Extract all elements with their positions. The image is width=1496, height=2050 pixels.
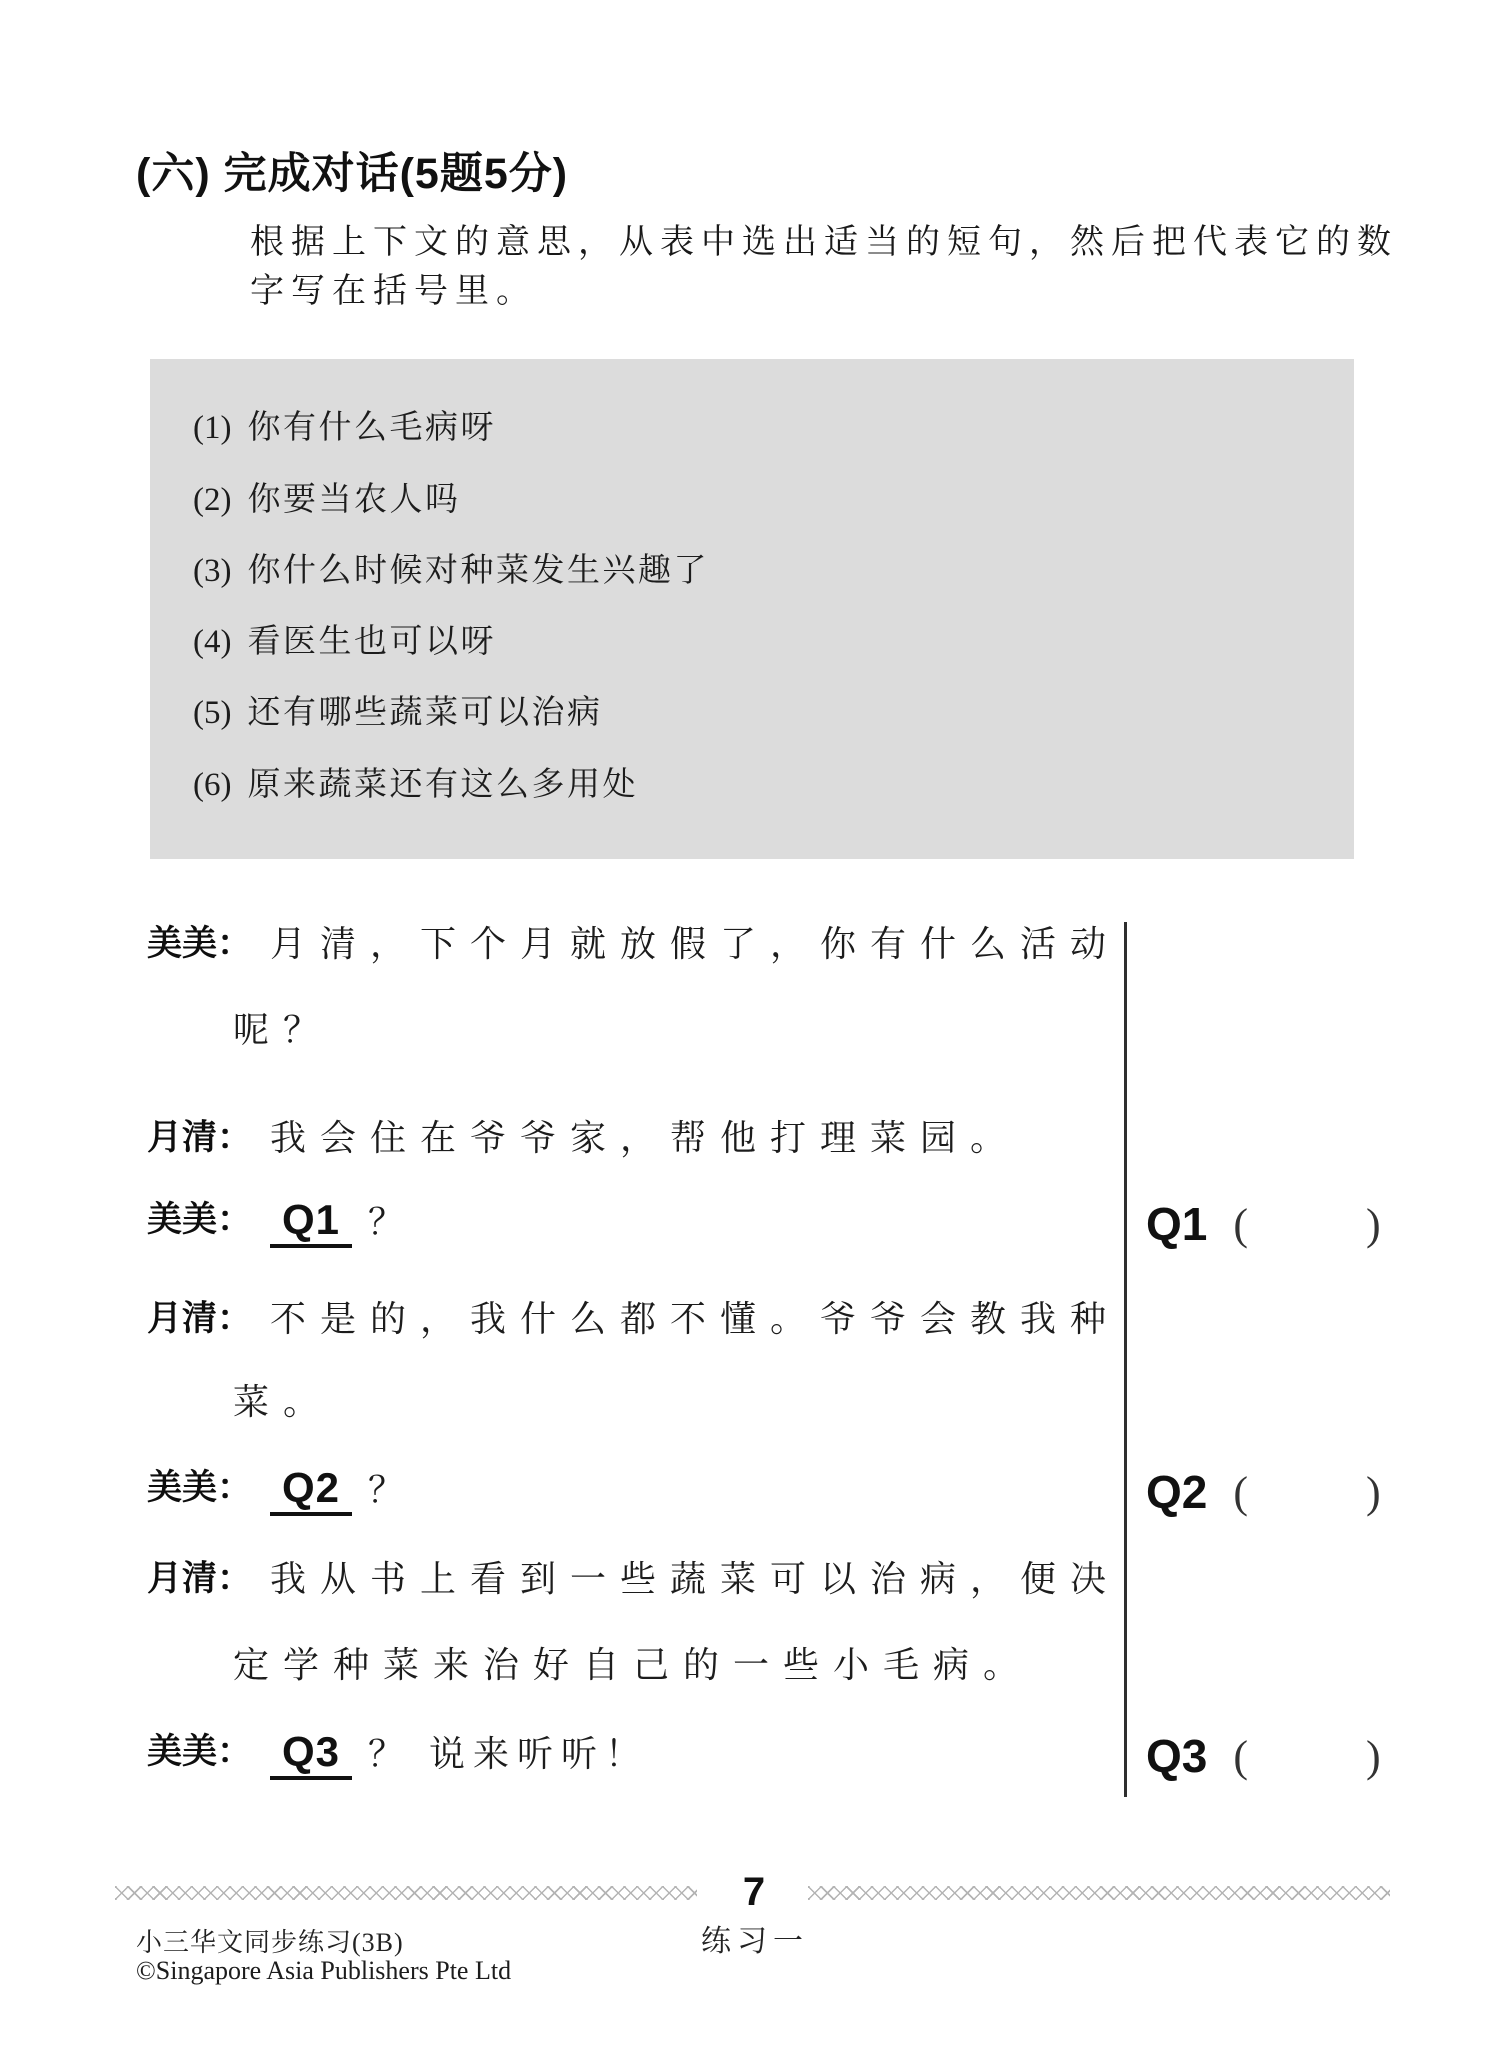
dialogue-row: 月清： 不是的，我什么都不懂。爷爷会教我种 [147, 1297, 1120, 1341]
page-number: 7 [698, 1870, 810, 1915]
speaker-label: 月清： [147, 1116, 252, 1160]
paren-close: ) [1366, 1198, 1381, 1252]
dialogue-row: 月清： 我会住在爷爷家，帮他打理菜园。 [147, 1116, 1020, 1160]
option-text: 还有哪些蔬菜可以治病 [247, 693, 602, 733]
option-text: 你要当农人吗 [247, 480, 460, 520]
copyright-line: ©Singapore Asia Publishers Pte Ltd [136, 1956, 511, 1986]
answer-blank-q2: Q2 [270, 1466, 352, 1516]
dialogue-text: 不是的，我什么都不懂。爷爷会教我种 [270, 1297, 1120, 1341]
blank-after-text: ？ [368, 1198, 412, 1246]
dialogue-row-q1: 美美： Q1 ？ [147, 1198, 412, 1248]
paren-close: ) [1366, 1730, 1381, 1784]
section-title: (六) 完成对话(5题5分) [136, 140, 568, 201]
dialogue-row-continuation: 定学种菜来治好自己的一些小毛病。 [233, 1643, 1033, 1687]
option-1: (1) 你有什么毛病呀 [193, 408, 496, 448]
answer-label: Q2 [1146, 1466, 1207, 1518]
option-number: (3) [193, 551, 231, 591]
option-text: 原来蔬菜还有这么多用处 [247, 765, 638, 805]
dialogue-row-continuation: 呢？ [233, 1008, 333, 1052]
answer-slot-q2: Q2 ( ) [1146, 1466, 1381, 1520]
option-2: (2) 你要当农人吗 [193, 480, 460, 520]
worksheet-page: (六) 完成对话(5题5分) 根据上下文的意思，从表中选出适当的短句，然后把代表… [0, 0, 1496, 2050]
option-number: (5) [193, 693, 231, 733]
dialogue-text: 我会住在爷爷家，帮他打理菜园。 [270, 1116, 1020, 1160]
blank-after-text: ？ [368, 1466, 412, 1514]
book-title: 小三华文同步练习(3B) [136, 1922, 404, 1959]
paren-close: ) [1366, 1466, 1381, 1520]
answer-label: Q1 [1146, 1198, 1207, 1250]
option-text: 看医生也可以呀 [247, 622, 496, 662]
dialogue-row-q3: 美美： Q3 ？ 说来听听！ [147, 1730, 649, 1780]
speaker-label: 月清： [147, 1297, 252, 1341]
answer-slot-q1: Q1 ( ) [1146, 1198, 1381, 1252]
option-5: (5) 还有哪些蔬菜可以治病 [193, 693, 602, 733]
dialogue-row: 美美： 月清，下个月就放假了，你有什么活动 [147, 922, 1120, 966]
dialogue-row-q2: 美美： Q2 ？ [147, 1466, 412, 1516]
dialogue-text: 月清，下个月就放假了，你有什么活动 [270, 922, 1120, 966]
answer-label: Q3 [1146, 1730, 1207, 1782]
speaker-label: 美美： [147, 1730, 252, 1774]
option-6: (6) 原来蔬菜还有这么多用处 [193, 765, 638, 805]
divider-line [1124, 922, 1127, 1797]
dialogue-row: 月清： 我从书上看到一些蔬菜可以治病，便决 [147, 1557, 1120, 1601]
dialogue-text: 菜。 [233, 1380, 333, 1424]
speaker-label: 月清： [147, 1557, 252, 1601]
speaker-label: 美美： [147, 1466, 252, 1510]
option-text: 你什么时候对种菜发生兴趣了 [247, 551, 709, 591]
option-text: 你有什么毛病呀 [247, 408, 496, 448]
answer-blank-q1: Q1 [270, 1198, 352, 1248]
instruction-line: 根据上下文的意思，从表中选出适当的短句，然后把代表它的数 [250, 218, 1398, 267]
instruction-paragraph: 根据上下文的意思，从表中选出适当的短句，然后把代表它的数 字写在括号里。 [250, 218, 1398, 316]
dialogue-row-continuation: 菜。 [233, 1380, 333, 1424]
instruction-line: 字写在括号里。 [250, 267, 1398, 316]
dialogue-text: 我从书上看到一些蔬菜可以治病，便决 [270, 1557, 1120, 1601]
exercise-label: 练习一 [660, 1916, 850, 1960]
answer-blank-q3: Q3 [270, 1730, 352, 1780]
paren-open: ( [1233, 1198, 1248, 1252]
footer-ornament-left [115, 1886, 697, 1900]
blank-after-text: ？ 说来听听！ [368, 1730, 649, 1778]
dialogue-text: 定学种菜来治好自己的一些小毛病。 [233, 1643, 1033, 1687]
answer-slot-q3: Q3 ( ) [1146, 1730, 1381, 1784]
option-number: (6) [193, 765, 231, 805]
speaker-label: 美美： [147, 922, 252, 966]
footer-ornament-right [808, 1886, 1390, 1900]
option-3: (3) 你什么时候对种菜发生兴趣了 [193, 551, 709, 591]
option-4: (4) 看医生也可以呀 [193, 622, 496, 662]
option-number: (1) [193, 408, 231, 448]
dialogue-text: 呢？ [233, 1008, 333, 1052]
speaker-label: 美美： [147, 1198, 252, 1242]
paren-open: ( [1233, 1730, 1248, 1784]
option-number: (2) [193, 480, 231, 520]
option-number: (4) [193, 622, 231, 662]
paren-open: ( [1233, 1466, 1248, 1520]
